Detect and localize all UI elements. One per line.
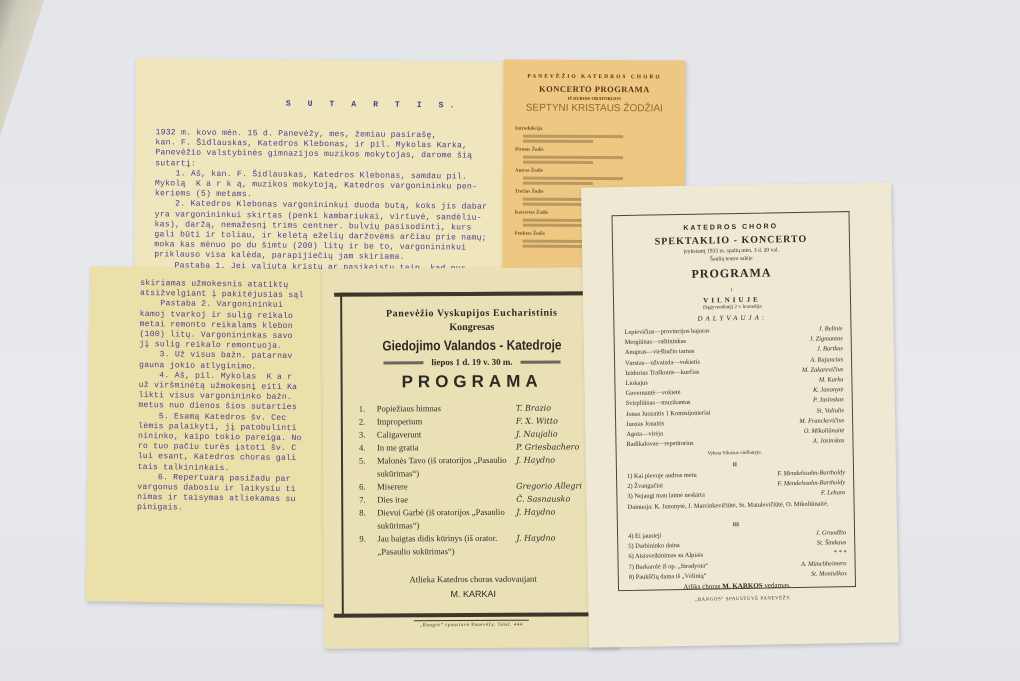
part-1-note: Vyksta Vilniaus viešbutyje. [617,449,853,458]
orange-title: KONCERTO PROGRAMA [503,84,685,95]
program-item: 3.CaligaveruntJ. Naujalio [359,427,596,441]
program-item: 5.Malonės Tavo (iš oratorijos „Pasaulio … [359,453,596,480]
concert-printer: „BANGOS“ SPAUSTUVĖ PANEVĖŽY. [588,594,898,604]
cast-header: DALYVAUJA: [614,312,850,324]
congress-org-line1: Panevėžio Vyskupijos Eucharistinis [342,307,601,319]
program-items: 1.Popiežiaus himnasT. Brazio2.Improperiu… [359,401,597,558]
program-item: 9.Jau baigtas didis kūrinys (iš orator. … [359,531,596,558]
typed-contract-bottom: skiriamas užmokesnis atatiktųatsižvelgia… [86,266,346,605]
orange-section-heading: Pirmas Žodis [515,147,677,155]
orange-org: PANEVĖŽIO KATEDROS CHORO [503,74,685,81]
orange-work: SEPTYNI KRISTAUS ŽODŽIAI [503,103,685,115]
cast-list: Lepievičius—provincijos bajorasJ. Belini… [624,324,844,450]
spectacle-concert-program: KATEDROS CHORO SPEKTAKLIO - KONCERTO įvy… [581,182,899,647]
program-item: 1.Popiežiaus himnasT. Brazio [359,401,596,415]
contract-title: S U T A R T I S. [286,98,461,114]
congress-org-line2: Kongresas [342,321,601,333]
picture-frame-edge [0,0,80,280]
concert-venue: Šaulių teatro salėje [613,254,849,264]
orange-section-text [523,135,623,139]
orange-section-text [523,161,593,164]
program-border: Panevėžio Vyskupijos Eucharistinis Kongr… [340,291,605,616]
orange-section-text [523,156,623,160]
part-2-list: 1) Kai pievoje audros metuF. Mendelssohn… [627,468,846,502]
program-item: 2.ImproperiumF. X. Witto [359,414,596,428]
event-title: Giedojimo Valandos - Katedroje [362,336,582,353]
program-item: 8.Dievui Garbė (iš oratorijos „Pasaulio … [359,505,596,532]
choir-org: KATEDROS CHORO [613,222,849,233]
programa-heading: PROGRAMA [343,371,602,392]
orange-section-text [523,182,593,185]
eucharistic-congress-program: Panevėžio Vyskupijos Eucharistinis Kongr… [322,267,619,649]
typed-line: Panevėžio valstybinės gimnazijos muzikos… [155,147,472,165]
contract-body-top: 1932 m. kovo mėn. 15 d. Panevėžy, mes, ž… [136,58,506,62]
orange-section-text [523,140,593,143]
program-item: 6.MiserereGregorio Allegri [359,479,596,493]
program-item: 7.Dies iraeČ. Sasnausko [359,492,596,506]
orange-subtitle: IŠ DUBOIS ORATORIJOS [503,96,685,102]
conductor-name: M. KARKAI [344,588,603,599]
programa-heading-right: PROGRAMA [613,264,849,283]
performer-line: Atlieka Katedros choras vadovaujant [344,573,603,584]
event-date: liepos 1 d. 19 v. 30 m. [342,356,601,367]
orange-section-heading: Introdukcija [515,126,677,134]
typed-contract-top: S U T A R T I S. 1932 m. kovo mėn. 15 d.… [134,58,506,302]
concert-program-border: KATEDROS CHORO SPEKTAKLIO - KONCERTO įvy… [611,211,856,591]
part-3-list: 4) Ei jauniejiJ. Gruodžio5) Darbininko d… [628,528,847,583]
typed-line: pinigais. [137,501,183,516]
printer-imprint: „Bangos“ spaustuvė Panevėžy. Telef. 444 [414,620,529,629]
orange-section-heading: Antras Žodis [515,168,677,176]
program-item: 4.In me gratiaP. Griesbachero [359,440,596,454]
orange-section-text [523,177,623,181]
